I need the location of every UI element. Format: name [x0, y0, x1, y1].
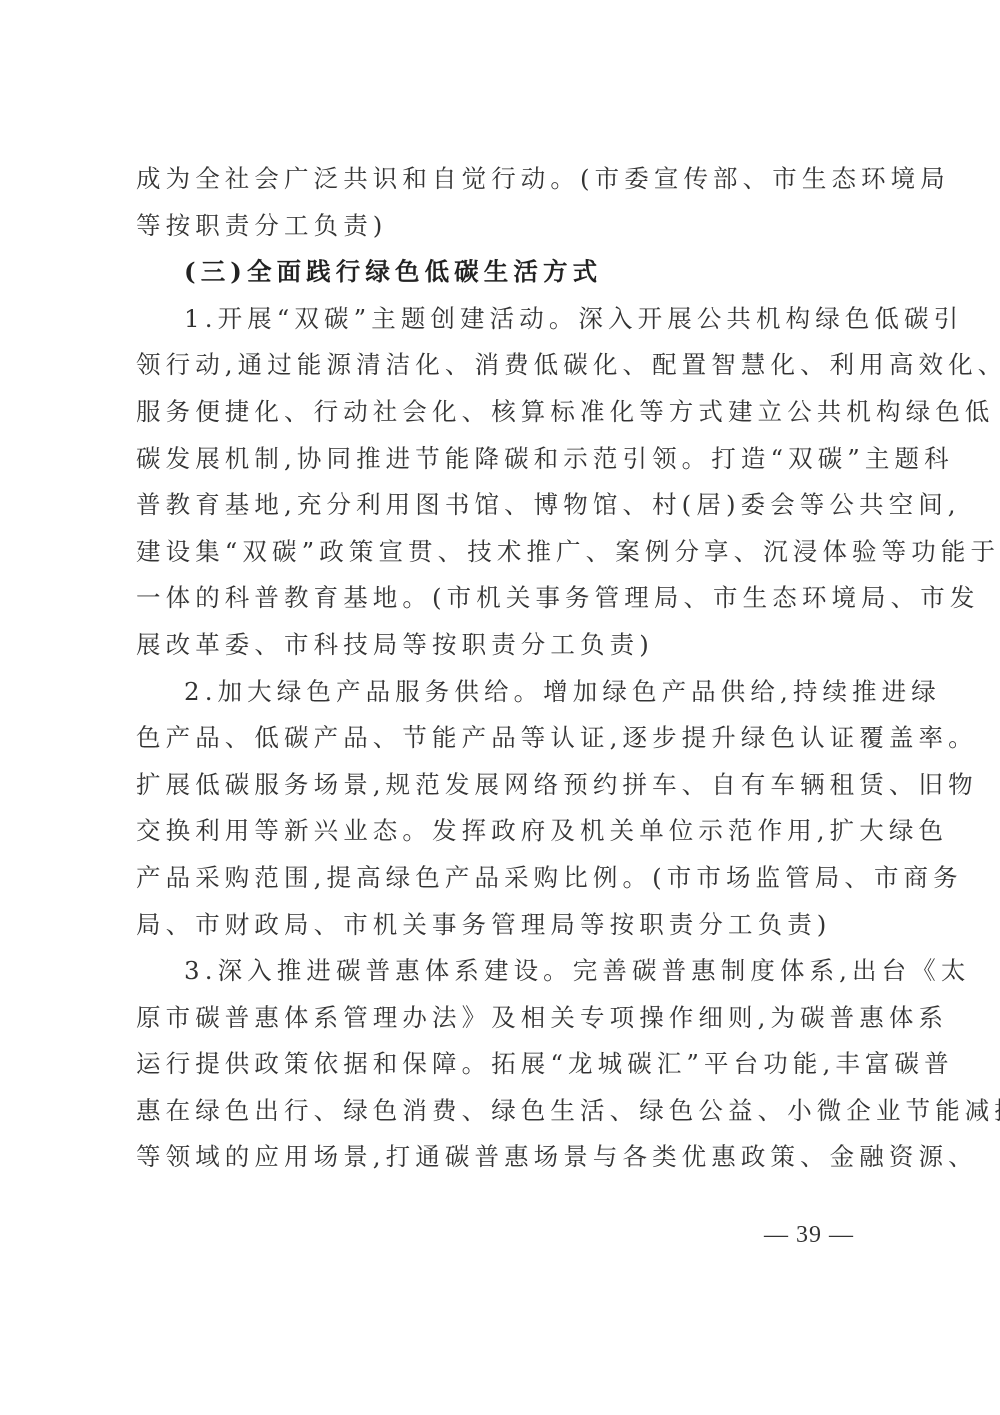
text-line: 惠在绿色出行、绿色消费、绿色生活、绿色公益、小微企业节能减排: [136, 1088, 868, 1135]
document-page: 成为全社会广泛共识和自觉行动。(市委宣传部、市生态环境局 等按职责分工负责) (…: [136, 156, 868, 1181]
text-line: 产品采购范围,提高绿色产品采购比例。(市市场监管局、市商务: [136, 855, 868, 902]
text-line: 服务便捷化、行动社会化、核算标准化等方式建立公共机构绿色低: [136, 389, 868, 436]
text-line: 交换利用等新兴业态。发挥政府及机关单位示范作用,扩大绿色: [136, 808, 868, 855]
text-line: 局、市财政局、市机关事务管理局等按职责分工负责): [136, 902, 868, 949]
paragraph-start-line: 3.深入推进碳普惠体系建设。完善碳普惠制度体系,出台《太: [136, 948, 868, 995]
text-line: 等领域的应用场景,打通碳普惠场景与各类优惠政策、金融资源、: [136, 1134, 868, 1181]
text-line: 原市碳普惠体系管理办法》及相关专项操作细则,为碳普惠体系: [136, 995, 868, 1042]
text-line: 领行动,通过能源清洁化、消费低碳化、配置智慧化、利用高效化、: [136, 342, 868, 389]
text-line: 普教育基地,充分利用图书馆、博物馆、村(居)委会等公共空间,: [136, 482, 868, 529]
text-line: 成为全社会广泛共识和自觉行动。(市委宣传部、市生态环境局: [136, 156, 868, 203]
section-heading: (三)全面践行绿色低碳生活方式: [136, 249, 868, 296]
text-line: 运行提供政策依据和保障。拓展“龙城碳汇”平台功能,丰富碳普: [136, 1041, 868, 1088]
text-line: 一体的科普教育基地。(市机关事务管理局、市生态环境局、市发: [136, 575, 868, 622]
text-line: 建设集“双碳”政策宣贯、技术推广、案例分享、沉浸体验等功能于: [136, 529, 868, 576]
text-line: 色产品、低碳产品、节能产品等认证,逐步提升绿色认证覆盖率。: [136, 715, 868, 762]
text-line: 扩展低碳服务场景,规范发展网络预约拼车、自有车辆租赁、旧物: [136, 762, 868, 809]
text-line: 展改革委、市科技局等按职责分工负责): [136, 622, 868, 669]
text-line: 等按职责分工负责): [136, 203, 868, 250]
page-number: — 39 —: [764, 1222, 854, 1249]
paragraph-start-line: 2.加大绿色产品服务供给。增加绿色产品供给,持续推进绿: [136, 669, 868, 716]
text-line: 碳发展机制,协同推进节能降碳和示范引领。打造“双碳”主题科: [136, 436, 868, 483]
paragraph-start-line: 1.开展“双碳”主题创建活动。深入开展公共机构绿色低碳引: [136, 296, 868, 343]
